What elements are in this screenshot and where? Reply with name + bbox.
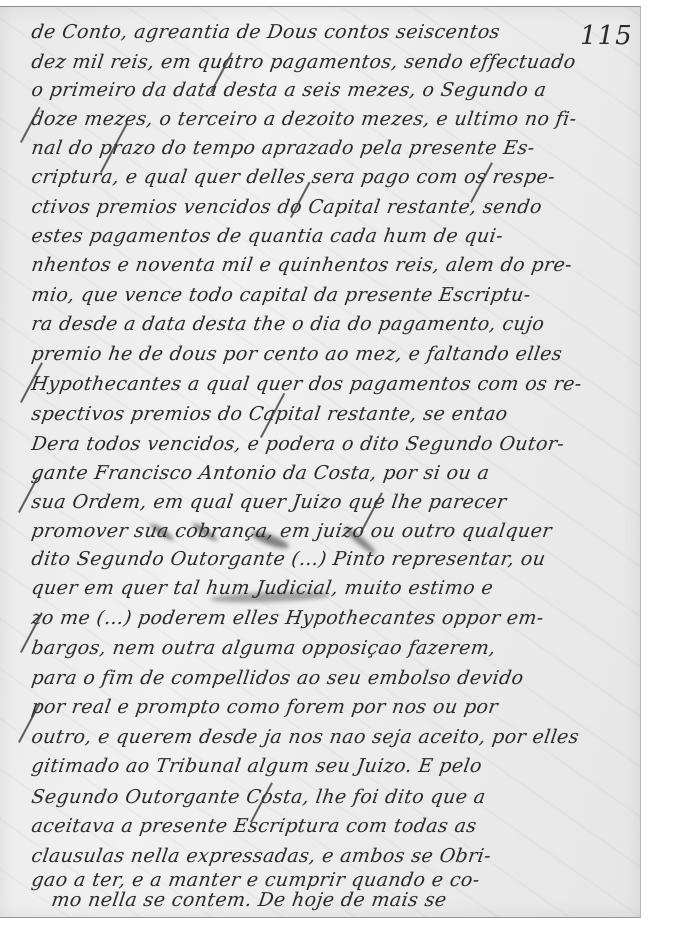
text-line: promover sua cobrança, em juizo ou outro… [30,520,623,542]
text-line: dito Segundo Outorgante (…) Pinto repres… [30,548,623,570]
text-line: o primeiro da data desta a seis mezes, o… [30,79,623,101]
text-line: spectivos premios do Capital restante, s… [30,403,623,425]
text-line: mio, que vence todo capital da presente … [30,284,623,306]
text-line: quer em quer tal hum Judicial, muito est… [30,577,623,599]
text-line: sua Ordem, em qual quer Juizo que lhe pa… [30,491,623,513]
text-line: ra desde a data desta the o dia do pagam… [30,313,623,335]
manuscript-page: 115 de Conto, agreantia de Dous contos s… [0,6,641,918]
text-line: clausulas nella expressadas, e ambos se … [30,845,623,867]
text-line: Dera todos vencidos, e podera o dito Seg… [30,433,623,455]
text-line: zo me (…) poderem elles Hypothecantes op… [30,607,623,629]
text-line: dez mil reis, em quatro pagamentos, send… [30,51,623,73]
text-line: doze mezes, o terceiro a dezoito mezes, … [30,108,623,130]
text-line: de Conto, agreantia de Dous contos seisc… [30,21,563,43]
page-number: 115 [580,21,633,51]
text-line: Hypothecantes a qual quer dos pagamentos… [30,373,623,395]
text-line: por real e prompto como forem por nos ou… [30,696,623,718]
text-line: aceitava a presente Escriptura com todas… [30,815,623,837]
text-line: criptura, e qual quer delles sera pago c… [30,166,623,188]
text-line: mo nella se contem. De hoje de mais se [50,889,641,911]
text-line: estes pagamentos de quantia cada hum de … [30,225,623,247]
text-line: gante Francisco Antonio da Costa, por si… [30,462,623,484]
text-line: premio he de dous por cento ao mez, e fa… [30,343,623,365]
text-line: nal do prazo do tempo aprazado pela pres… [30,137,623,159]
text-line: gao a ter, e a manter e cumprir quando e… [30,869,623,891]
text-line: gitimado ao Tribunal algum seu Juizo. E … [30,755,623,777]
text-line: nhentos e noventa mil e quinhentos reis,… [30,254,623,276]
text-line: bargos, nem outra alguma opposiçao fazer… [30,637,623,659]
text-line: para o fim de compellidos ao seu embolso… [30,667,623,689]
document-viewport: 115 de Conto, agreantia de Dous contos s… [0,0,693,933]
text-line: ctivos premios vencidos do Capital resta… [30,196,623,218]
text-line: Segundo Outorgante Costa, lhe foi dito q… [30,786,623,808]
text-line: outro, e querem desde ja nos nao seja ac… [30,726,623,748]
